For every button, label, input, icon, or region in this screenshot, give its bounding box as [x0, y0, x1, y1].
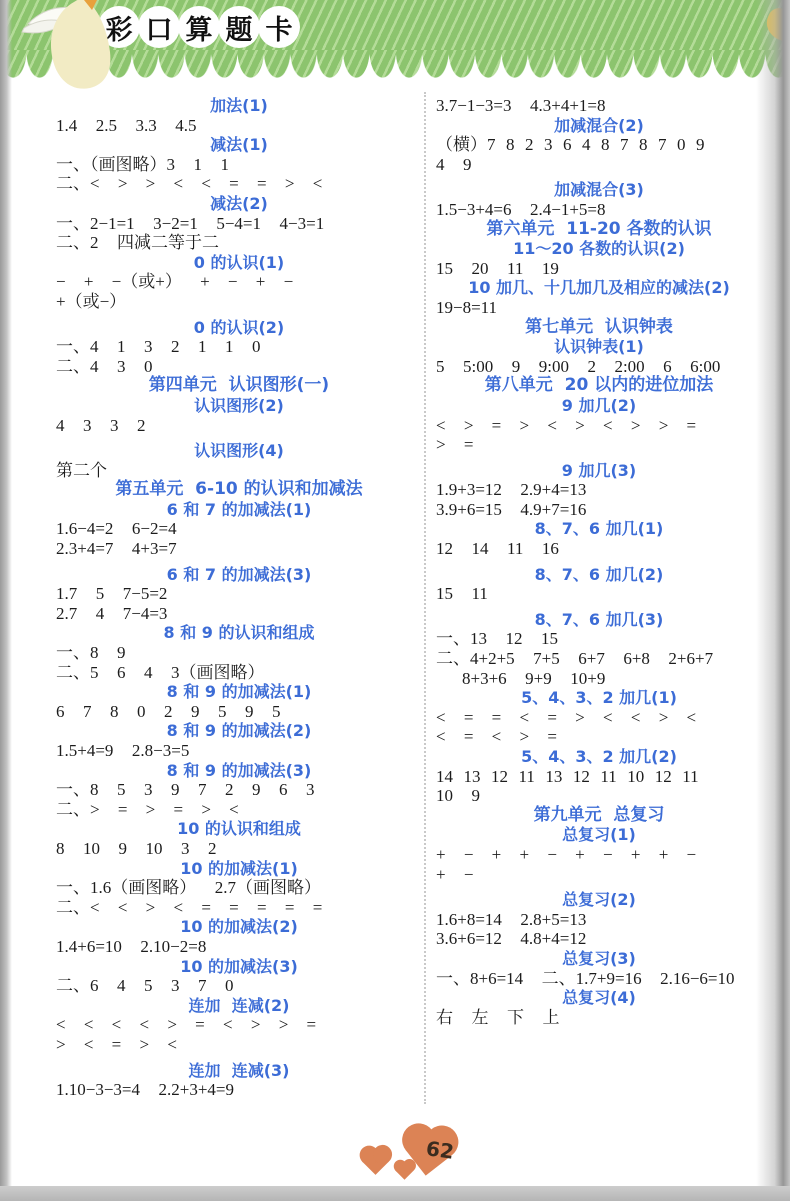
section-heading: 第六单元 11-20 各数的认识: [436, 220, 762, 240]
answer-line: 19−8=11: [436, 298, 762, 318]
answer-line: 1.10−3−3=4 2.2+3+4=9: [56, 1080, 422, 1100]
section-heading: 8 和 9 的认识和组成: [56, 623, 422, 643]
answer-line: 一、4 1 3 2 1 1 0: [56, 337, 422, 357]
section-heading: 加减混合(2): [436, 116, 762, 136]
section-heading: 8、7、6 加几(3): [436, 610, 762, 630]
answer-line: 8 10 9 10 3 2: [56, 839, 422, 859]
answer-line: + −: [436, 865, 762, 885]
section-heading: 认识钟表(1): [436, 337, 762, 357]
answer-line: 12 14 11 16: [436, 539, 762, 559]
banner-scallop-edge: [0, 50, 790, 78]
answer-line: 15 20 11 19: [436, 259, 762, 279]
answer-line: 3.9+6=15 4.9+7=16: [436, 500, 762, 520]
section-heading: 减法(2): [56, 194, 422, 214]
answer-line: < = < > =: [436, 727, 762, 747]
answer-line: < < < < > = < > > =: [56, 1015, 422, 1035]
section-heading: 总复习(1): [436, 825, 762, 845]
answer-line: 一、13 12 15: [436, 629, 762, 649]
answer-line: （横）7 8 2 3 6 4 8 7 8 7 0 9: [436, 135, 762, 155]
section-heading: 10 的认识和组成: [56, 819, 422, 839]
title-character: 题: [218, 6, 260, 48]
section-heading: 9 加几(3): [436, 461, 762, 481]
section-heading: 8、7、6 加几(2): [436, 565, 762, 585]
answer-line: > =: [436, 435, 762, 455]
answer-line: 1.4 2.5 3.3 4.5: [56, 116, 422, 136]
answer-line: 二、4 3 0: [56, 357, 422, 377]
section-heading: 0 的认识(1): [56, 253, 422, 273]
section-heading: 第七单元 认识钟表: [436, 318, 762, 338]
section-heading: 6 和 7 的加减法(3): [56, 565, 422, 585]
section-heading: 连加 连减(2): [56, 996, 422, 1016]
section-heading: 第八单元 20 以内的进位加法: [436, 376, 762, 396]
answer-line: 1.5+4=9 2.8−3=5: [56, 741, 422, 761]
section-heading: 第九单元 总复习: [436, 806, 762, 826]
section-heading: 8、7、6 加几(1): [436, 519, 762, 539]
section-heading: 11～20 各数的认识(2): [436, 239, 762, 259]
answer-line: 第二个: [56, 461, 422, 481]
answer-line: 3.7−1−3=3 4.3+4+1=8: [436, 96, 762, 116]
title-character: 口: [138, 6, 180, 48]
answer-line: 5 5:00 9 9:00 2 2:00 6 6:00: [436, 357, 762, 377]
answer-line: 一、8 9: [56, 643, 422, 663]
answer-line: 1.6−4=2 6−2=4: [56, 519, 422, 539]
answer-line: 一、（画图略）3 1 1: [56, 155, 422, 175]
section-heading: 总复习(4): [436, 988, 762, 1008]
section-heading: 0 的认识(2): [56, 318, 422, 338]
section-heading: 认识图形(2): [56, 396, 422, 416]
answer-column-right: 3.7−1−3=3 4.3+4+1=8加减混合(2)（横）7 8 2 3 6 4…: [436, 96, 762, 1027]
scan-edge-bottom: [0, 1186, 790, 1201]
answer-line: + − + + − + − + + −: [436, 845, 762, 865]
answer-line: 2.3+4=7 4+3=7: [56, 539, 422, 559]
answer-line: 3.6+6=12 4.8+4=12: [436, 929, 762, 949]
duck-mascot-icon: [14, 0, 118, 99]
answer-line: 一、1.6（画图略） 2.7（画图略）: [56, 878, 422, 898]
answer-column-left: 加法(1)1.4 2.5 3.3 4.5减法(1)一、（画图略）3 1 1二、<…: [56, 96, 422, 1100]
answer-line: 1.6+8=14 2.8+5=13: [436, 910, 762, 930]
section-heading: 第五单元 6-10 的认识和加减法: [56, 480, 422, 500]
answer-line: 二、< > > < < = = > <: [56, 174, 422, 194]
section-heading: 10 的加减法(2): [56, 917, 422, 937]
answer-line: < = = < = > < < > <: [436, 708, 762, 728]
answer-line: 1.4+6=10 2.10−2=8: [56, 937, 422, 957]
answer-line: < > = > < > < > > =: [436, 416, 762, 436]
answer-line: 二、< < > < = = = = =: [56, 898, 422, 918]
title-character: 算: [178, 6, 220, 48]
answer-line: 一、8+6=14 二、1.7+9=16 2.16−6=10: [436, 969, 762, 989]
section-heading: 10 的加减法(3): [56, 957, 422, 977]
answer-line: 二、6 4 5 3 7 0: [56, 976, 422, 996]
section-heading: 第四单元 认识图形(一): [56, 376, 422, 396]
answer-line: − + −（或+） + − + −: [56, 272, 422, 292]
scan-edge-right: [756, 0, 790, 1201]
answer-line: 1.9+3=12 2.9+4=13: [436, 480, 762, 500]
answer-line: 14 13 12 11 13 12 11 10 12 11: [436, 767, 762, 787]
column-divider: [424, 92, 426, 1104]
answer-line: 4 9: [436, 155, 762, 175]
answer-line: 一、2−1=1 3−2=1 5−4=1 4−3=1: [56, 214, 422, 234]
answer-line: 1.7 5 7−5=2: [56, 584, 422, 604]
answer-line: 右 左 下 上: [436, 1008, 762, 1028]
answer-line: 2.7 4 7−4=3: [56, 604, 422, 624]
section-heading: 8 和 9 的加减法(2): [56, 721, 422, 741]
answer-line: > < = > <: [56, 1035, 422, 1055]
section-heading: 9 加几(2): [436, 396, 762, 416]
scan-edge-left: [0, 0, 12, 1201]
section-heading: 8 和 9 的加减法(3): [56, 761, 422, 781]
section-heading: 认识图形(4): [56, 441, 422, 461]
answer-line: 15 11: [436, 584, 762, 604]
section-heading: 6 和 7 的加减法(1): [56, 500, 422, 520]
section-heading: 5、4、3、2 加几(1): [436, 688, 762, 708]
section-heading: 8 和 9 的加减法(1): [56, 682, 422, 702]
answer-line: 10 9: [436, 786, 762, 806]
answer-line: 6 7 8 0 2 9 5 9 5: [56, 702, 422, 722]
title-character: 卡: [258, 6, 300, 48]
answer-line: 二、4+2+5 7+5 6+7 6+8 2+6+7: [436, 649, 762, 669]
answer-line: 二、> = > = > <: [56, 800, 422, 820]
section-heading: 总复习(3): [436, 949, 762, 969]
section-heading: 10 加几、十几加几及相应的减法(2): [436, 278, 762, 298]
small-heart-icon: [362, 1148, 389, 1175]
section-heading: 总复习(2): [436, 890, 762, 910]
section-heading: 加减混合(3): [436, 180, 762, 200]
answer-line: 二、2 四减二等于二: [56, 233, 422, 253]
answer-line: +（或−）: [56, 292, 422, 312]
section-heading: 10 的加减法(1): [56, 859, 422, 879]
section-heading: 连加 连减(3): [56, 1061, 422, 1081]
section-heading: 减法(1): [56, 135, 422, 155]
small-heart-icon: [395, 1161, 413, 1179]
answer-line: 1.5−3+4=6 2.4−1+5=8: [436, 200, 762, 220]
answer-line: 二、5 6 4 3（画图略）: [56, 663, 422, 683]
section-heading: 5、4、3、2 加几(2): [436, 747, 762, 767]
answer-line: 一、8 5 3 9 7 2 9 6 3: [56, 780, 422, 800]
answer-line: 4 3 3 2: [56, 416, 422, 436]
answer-line: 8+3+6 9+9 10+9: [436, 669, 762, 689]
